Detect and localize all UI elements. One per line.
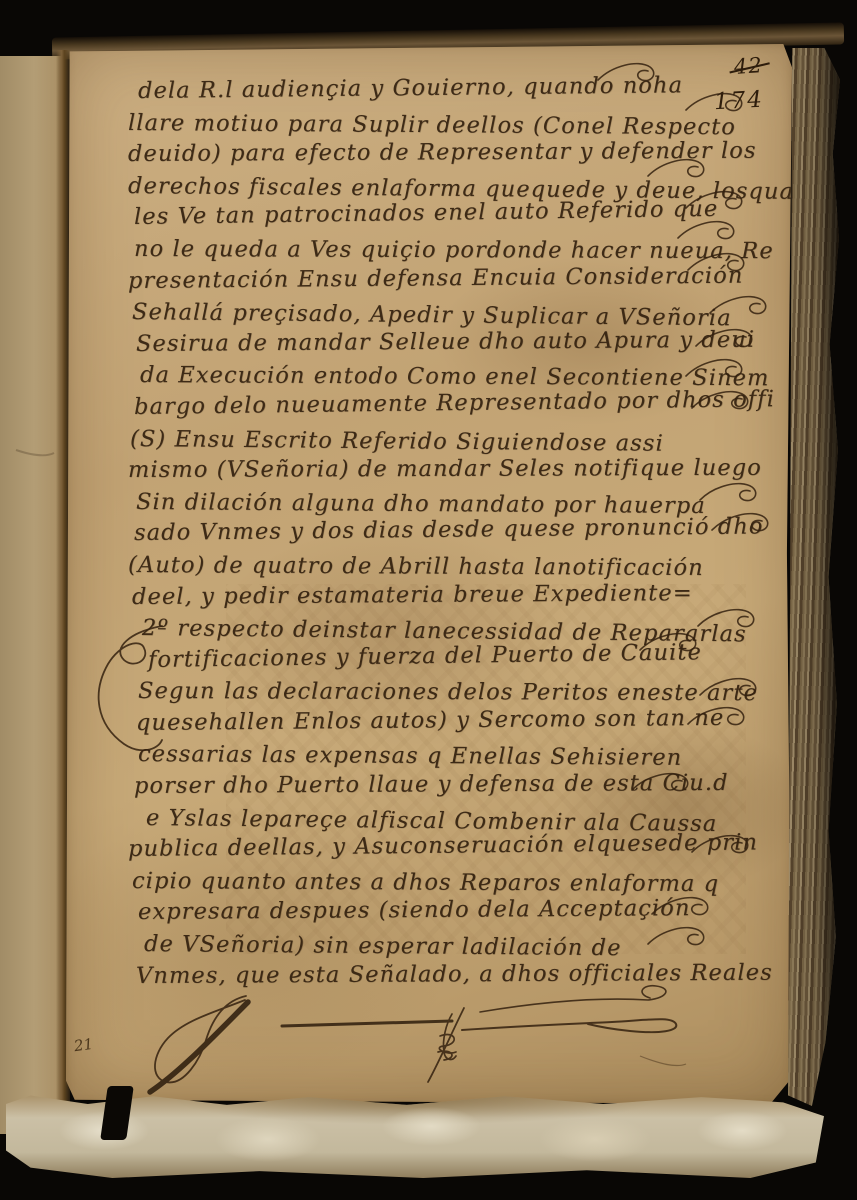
manuscript-line: Sesirua de mandar Selleue dho auto Apura… bbox=[136, 324, 776, 360]
manuscript-line: dela R.l audiençia y Gouierno, quando no… bbox=[138, 69, 776, 107]
manuscript-line: porser dho Puerto llaue y defensa de est… bbox=[134, 768, 776, 803]
folio-corner-note: 21 bbox=[73, 1035, 94, 1055]
manuscript-line: presentación Ensu defensa Encuia Conside… bbox=[128, 260, 776, 297]
manuscript-text: dela R.l audiençia y Gouierno, quando no… bbox=[128, 76, 776, 992]
manuscript-line: mismo (VSeñoria) de mandar Seles notifiq… bbox=[128, 453, 776, 487]
manuscript-line: sado Vnmes y dos dias desde quese pronun… bbox=[134, 512, 776, 550]
manuscript-line: bargo delo nueuamente Representado por d… bbox=[134, 384, 776, 423]
manuscript-page: 42 174 dela R.l audiençia y Gouierno, qu… bbox=[66, 44, 792, 1104]
manuscript-line: Vnmes, que esta Señalado, a dhos officia… bbox=[136, 957, 776, 992]
facing-page-edge bbox=[0, 56, 62, 1134]
photo-background: 42 174 dela R.l audiençia y Gouierno, qu… bbox=[0, 0, 857, 1200]
manuscript-line: deel, y pedir estamateria breue Expedien… bbox=[132, 577, 776, 613]
manuscript-line: publica deellas, y Asuconseruación elque… bbox=[128, 827, 776, 865]
manuscript-line: deuido) para efecto de Representar y def… bbox=[128, 136, 776, 171]
manuscript-line: quesehallen Enlos autos) y Sercomo son t… bbox=[136, 702, 776, 739]
book-fore-edge bbox=[788, 48, 840, 1106]
manuscript-line: expresara despues (siendo dela Acceptaçi… bbox=[138, 893, 776, 929]
